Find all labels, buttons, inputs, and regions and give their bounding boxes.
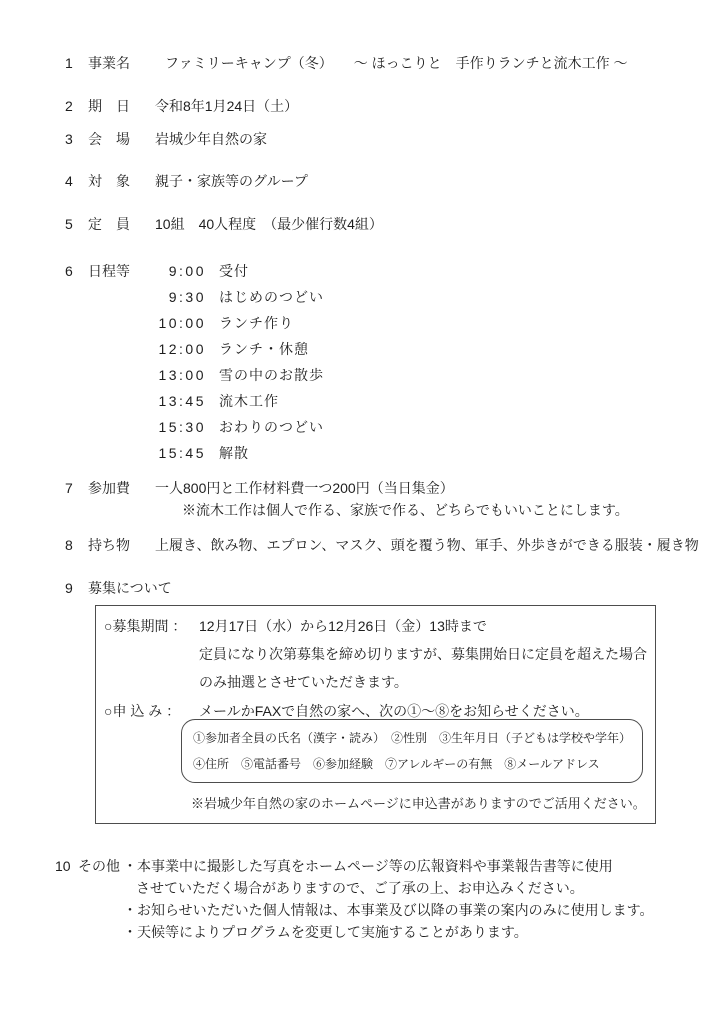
recruitment-apply-label: ○申 込 み ： <box>104 700 199 722</box>
other-note-line: ・天候等によりプログラムを変更して実施することがあります。 <box>123 921 653 943</box>
schedule-row: 13:00 雪の中のお散歩 <box>150 362 324 388</box>
schedule-row: 15:30 おわりのつどい <box>150 414 324 440</box>
schedule-row: 9:00 受付 <box>150 258 324 284</box>
section-content: 令和8年1月24日（土） <box>155 95 298 117</box>
section-content: 親子・家族等のグループ <box>155 170 308 192</box>
section-label: 対 象 <box>88 170 155 192</box>
section-project-name: 1 事業名 ファミリーキャンプ（冬） ～ ほっこりと 手作りランチと流木工作 ～ <box>65 52 628 74</box>
fee-note: ※流木工作は個人で作る、家族で作る、どちらでもいいことにします。 <box>182 499 629 521</box>
schedule-row: 13:45 流木工作 <box>150 388 324 414</box>
section-number: 4 <box>65 170 88 192</box>
section-number: 8 <box>65 534 88 556</box>
other-note-line: ・本事業中に撮影した写真をホームページ等の広報資料や事業報告書等に使用 <box>123 855 653 877</box>
section-content: 上履き、飲み物、エプロン、マスク、頭を覆う物、軍手、外歩きができる服装・履き物 <box>155 534 699 556</box>
section-date: 2 期 日 令和8年1月24日（土） <box>65 95 298 117</box>
section-content: 岩城少年自然の家 <box>155 128 267 150</box>
section-venue: 3 会 場 岩城少年自然の家 <box>65 128 267 150</box>
recruitment-box: ○募集期間 ： 12月17日（水）から12月26日（金）13時まで 定員になり次… <box>95 605 656 824</box>
section-belongings: 8 持ち物 上履き、飲み物、エプロン、マスク、頭を覆う物、軍手、外歩きができる服… <box>65 534 699 556</box>
section-label: 事業名 <box>88 52 155 74</box>
schedule-activity: 雪の中のお散歩 <box>219 362 324 388</box>
other-note-line: ・お知らせいただいた個人情報は、本事業及び以降の事業の案内のみに使用します。 <box>123 899 653 921</box>
schedule-list: 9:00 受付 9:30 はじめのつどい 10:00 ランチ作り 12:00 ラ… <box>150 258 324 466</box>
section-number: 3 <box>65 128 88 150</box>
section-label: 持ち物 <box>88 534 155 556</box>
schedule-time: 9:30 <box>150 284 206 310</box>
section-number: 9 <box>65 577 88 599</box>
section-label: 募集について <box>88 577 172 599</box>
section-target: 4 対 象 親子・家族等のグループ <box>65 170 308 192</box>
section-number: 6 <box>65 260 88 282</box>
application-items-line: ④住所 ⑤電話番号 ⑥参加経験 ⑦アレルギーの有無 ⑧メールアドレス <box>193 751 631 777</box>
section-fee: 7 参加費 一人800円と工作材料費一つ200円（当日集金） <box>65 477 454 499</box>
schedule-row: 15:45 解散 <box>150 440 324 466</box>
schedule-activity: ランチ作り <box>219 310 294 336</box>
recruitment-period-continuation: のみ抽選とさせていただきます。 <box>199 671 408 693</box>
recruitment-period-text: 12月17日（水）から12月26日（金）13時まで <box>199 615 487 637</box>
schedule-time: 13:00 <box>150 362 206 388</box>
section-recruitment: 9 募集について <box>65 577 172 599</box>
section-label: その他 <box>78 855 123 943</box>
section-number: 7 <box>65 477 88 499</box>
schedule-time: 13:45 <box>150 388 206 414</box>
section-number: 10 <box>55 855 78 943</box>
homepage-note: ※岩城少年自然の家のホームページに申込書がありますのでご活用ください。 <box>191 794 646 814</box>
other-note-line: させていただく場合がありますので、ご了承の上、お申込みください。 <box>123 877 653 899</box>
recruitment-period-continuation: 定員になり次第募集を締め切りますが、募集開始日に定員を超えた場合 <box>199 643 647 665</box>
section-capacity: 5 定 員 10組 40人程度 （最少催行数4組） <box>65 213 383 235</box>
section-content: ファミリーキャンプ（冬） ～ ほっこりと 手作りランチと流木工作 ～ <box>155 52 628 74</box>
section-number: 5 <box>65 213 88 235</box>
schedule-activity: 流木工作 <box>219 388 279 414</box>
schedule-activity: ランチ・休憩 <box>219 336 309 362</box>
section-content: 10組 40人程度 （最少催行数4組） <box>155 213 383 235</box>
section-content: 一人800円と工作材料費一つ200円（当日集金） <box>155 477 454 499</box>
schedule-time: 15:45 <box>150 440 206 466</box>
other-notes-list: ・本事業中に撮影した写真をホームページ等の広報資料や事業報告書等に使用 させてい… <box>123 855 653 943</box>
schedule-activity: 解散 <box>219 440 249 466</box>
section-schedule: 6 日程等 <box>65 260 155 282</box>
recruitment-period-line: ○募集期間 ： 12月17日（水）から12月26日（金）13時まで <box>104 615 487 637</box>
schedule-row: 10:00 ランチ作り <box>150 310 324 336</box>
schedule-time: 15:30 <box>150 414 206 440</box>
section-label: 期 日 <box>88 95 155 117</box>
section-label: 日程等 <box>88 260 155 282</box>
section-number: 1 <box>65 52 88 74</box>
application-items-line: ①参加者全員の氏名（漢字・読み） ②性別 ③生年月日（子どもは学校や学年） <box>193 725 631 751</box>
schedule-row: 9:30 はじめのつどい <box>150 284 324 310</box>
section-label: 会 場 <box>88 128 155 150</box>
schedule-activity: はじめのつどい <box>219 284 324 310</box>
section-number: 2 <box>65 95 88 117</box>
schedule-activity: 受付 <box>219 258 249 284</box>
section-label: 参加費 <box>88 477 155 499</box>
schedule-time: 12:00 <box>150 336 206 362</box>
schedule-time: 9:00 <box>150 258 206 284</box>
application-items-box: ①参加者全員の氏名（漢字・読み） ②性別 ③生年月日（子どもは学校や学年） ④住… <box>181 719 643 783</box>
schedule-activity: おわりのつどい <box>219 414 324 440</box>
recruitment-period-label: ○募集期間 ： <box>104 615 199 637</box>
schedule-row: 12:00 ランチ・休憩 <box>150 336 324 362</box>
schedule-time: 10:00 <box>150 310 206 336</box>
section-label: 定 員 <box>88 213 155 235</box>
document-page: 1 事業名 ファミリーキャンプ（冬） ～ ほっこりと 手作りランチと流木工作 ～… <box>0 0 724 1024</box>
section-other: 10 その他 ・本事業中に撮影した写真をホームページ等の広報資料や事業報告書等に… <box>55 855 653 943</box>
